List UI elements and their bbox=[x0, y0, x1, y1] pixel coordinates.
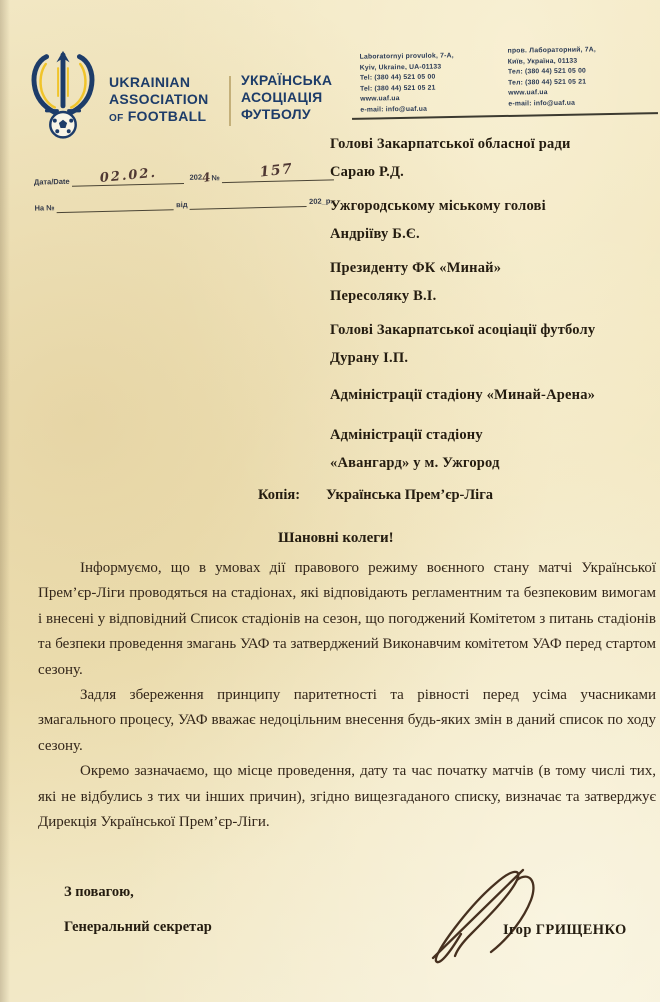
recipient-group: Адміністрації стадіону «Минай-Арена» bbox=[330, 381, 660, 409]
contact-block-ua: пров. Лабораторний, 7А, Київ, Україна, 0… bbox=[508, 45, 597, 109]
recipient-line: Президенту ФК «Минай» bbox=[330, 254, 660, 282]
contact-line: Тел: (380 44) 521 05 21 bbox=[508, 77, 596, 89]
ref-line-2 bbox=[189, 180, 306, 210]
org-name-en: UKRAINIAN ASSOCIATION OF FOOTBALL bbox=[109, 74, 209, 127]
copy-value: Українська Прем’єр-Ліга bbox=[326, 487, 493, 503]
date-ref-block: Дата/Date 02.02. 2024 № 157 На № від 202… bbox=[33, 154, 334, 213]
recipient-line: Адміністрації стадіону «Минай-Арена» bbox=[330, 381, 660, 409]
recipient-group: Голові Закарпатської асоціації футболу Д… bbox=[330, 316, 660, 372]
recipient-line: Голові Закарпатської обласної ради bbox=[330, 130, 660, 158]
org-name-ua-line: ФУТБОЛУ bbox=[241, 106, 332, 123]
uaf-trident-logo-icon bbox=[22, 50, 104, 142]
contact-line: Laboratornyi provulok, 7-A, bbox=[360, 51, 454, 63]
recipient-group: Голові Закарпатської обласної ради Сараю… bbox=[330, 130, 660, 186]
date-line: 02.02. bbox=[71, 157, 184, 187]
letter-body: Інформуємо, що в умовах дії правового ре… bbox=[38, 556, 656, 835]
org-name-ua-line: УКРАЇНСЬКА bbox=[241, 72, 332, 89]
contact-line: пров. Лабораторний, 7А, bbox=[508, 45, 596, 57]
contact-block-en: Laboratornyi provulok, 7-A, Kyiv, Ukrain… bbox=[360, 51, 455, 115]
body-paragraph-2: Задля збереження принципу паритетності т… bbox=[38, 683, 656, 759]
recipient-line: Пересоляку В.І. bbox=[330, 282, 660, 310]
scanned-letter: UKRAINIAN ASSOCIATION OF FOOTBALL УКРАЇН… bbox=[0, 0, 660, 1002]
recipient-line: Адміністрації стадіону bbox=[330, 421, 660, 449]
salutation: Шановні колеги! bbox=[278, 530, 394, 547]
org-name-ua-line: АСОЦІАЦІЯ bbox=[241, 89, 332, 106]
contact-line: e-mail: info@uaf.ua bbox=[360, 104, 454, 116]
recipient-line: Голові Закарпатської асоціації футболу bbox=[330, 316, 660, 344]
org-name-en-line: UKRAINIAN bbox=[109, 74, 209, 91]
contact-line: Тел: (380 44) 521 05 00 bbox=[508, 66, 596, 78]
recipient-line: Сараю Р.Д. bbox=[330, 158, 660, 186]
recipient-group: Адміністрації стадіону «Авангард» у м. У… bbox=[330, 421, 660, 477]
recipient-line: «Авангард» у м. Ужгород bbox=[330, 449, 660, 477]
signature-handwriting-icon bbox=[425, 858, 565, 970]
org-name-en-line: OF FOOTBALL bbox=[109, 108, 209, 127]
copy-label: Копія: bbox=[258, 487, 300, 503]
vid-label: від bbox=[173, 200, 190, 210]
copy-line: Копія:Українська Прем’єр-Ліга bbox=[258, 487, 493, 504]
handwritten-number: 157 bbox=[259, 161, 294, 181]
recipient-line: Ужгородському міському голові bbox=[330, 192, 660, 220]
contact-line: Kyiv, Ukraine, UA-01133 bbox=[360, 62, 454, 74]
contact-line: e-mail: info@uaf.ua bbox=[508, 98, 596, 110]
recipient-line: Андріїву Б.Є. bbox=[330, 220, 660, 248]
body-paragraph-1: Інформуємо, що в умовах дії правового ре… bbox=[38, 556, 656, 683]
recipient-group: Президенту ФК «Минай» Пересоляку В.І. bbox=[330, 254, 660, 310]
signer-name: Ігор ГРИЩЕНКО bbox=[503, 922, 627, 939]
recipient-line: Дурану І.П. bbox=[330, 344, 660, 372]
signer-title: Генеральний секретар bbox=[64, 919, 212, 936]
ref-line-1 bbox=[56, 183, 173, 213]
number-line: 157 bbox=[221, 153, 334, 183]
ref-number-field: На № від 202_р. bbox=[34, 180, 335, 213]
header-divider bbox=[229, 76, 231, 126]
closing: З повагою, bbox=[64, 884, 134, 901]
ref-label: На № bbox=[34, 203, 56, 214]
body-paragraph-3: Окремо зазначаємо, що місце проведення, … bbox=[38, 759, 656, 835]
org-name-ua: УКРАЇНСЬКА АСОЦІАЦІЯ ФУТБОЛУ bbox=[241, 72, 332, 123]
org-name-en-line: ASSOCIATION bbox=[109, 91, 209, 108]
recipient-group: Ужгородському міському голові Андріїву Б… bbox=[330, 192, 660, 248]
